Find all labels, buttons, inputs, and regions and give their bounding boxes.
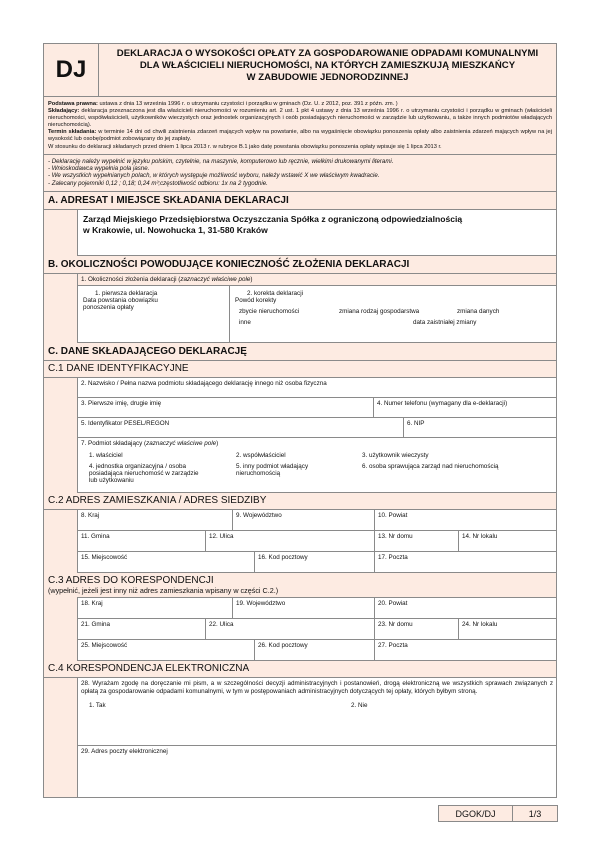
change-date-label: data zaistniałej zmiany bbox=[413, 319, 476, 326]
field-28-consent: 28. Wyrażam zgodę na doręczanie mi pism,… bbox=[77, 678, 556, 746]
section-a-title: A. ADRESAT I MIEJSCE SKŁADANIA DEKLARACJ… bbox=[44, 192, 556, 210]
instructions: - Deklarację należy wypełnić w języku po… bbox=[44, 155, 556, 193]
title-line: DEKLARACJA O WYSOKOŚCI OPŁATY ZA GOSPODA… bbox=[99, 48, 556, 60]
declaration-form: DJ DEKLARACJA O WYSOKOŚCI OPŁATY ZA GOSP… bbox=[43, 43, 557, 798]
field-16-postal-code[interactable]: 16. Kod pocztowy bbox=[254, 552, 374, 573]
instruction-item: - Zalecany pojemniki 0,12 ; 0,18; 0,24 m… bbox=[48, 180, 552, 187]
field-22-street[interactable]: 22. Ulica bbox=[205, 619, 374, 640]
recipient-line: w Krakowie, ul. Nowohucka 1, 31-580 Krak… bbox=[83, 225, 551, 236]
option-label: 1. pierwsza deklaracja bbox=[83, 290, 224, 297]
instruction-item: - We wszystkich wypełnianych polach, w k… bbox=[48, 172, 552, 179]
field-6-nip[interactable]: 6. NIP bbox=[403, 418, 556, 438]
legal-note: W stosunku do deklaracji składanych prze… bbox=[48, 144, 552, 151]
page-number: 1/3 bbox=[513, 806, 557, 821]
instruction-item: - Deklarację należy wypełnić w języku po… bbox=[48, 158, 552, 165]
deadline-text: w terminie 14 dni od chwili zaistnienia … bbox=[48, 129, 552, 142]
field-2-surname[interactable]: 2. Nazwisko / Pełna nazwa podmiotu skład… bbox=[77, 378, 556, 398]
field-10-county[interactable]: 10. Powiat bbox=[374, 510, 556, 531]
field-24-apartment-no[interactable]: 24. Nr lokalu bbox=[458, 619, 556, 640]
section-c4-title: C.4 KORESPONDENCJA ELEKTRONICZNA bbox=[44, 661, 556, 678]
basis-label: Podstawa prawna: bbox=[48, 101, 98, 107]
field-19-voivodeship[interactable]: 19. Województwo bbox=[232, 598, 374, 619]
first-declaration-option[interactable]: 1. pierwsza deklaracja Data powstania ob… bbox=[77, 286, 229, 343]
form-header: DJ DEKLARACJA O WYSOKOŚCI OPŁATY ZA GOSP… bbox=[44, 44, 556, 97]
section-b-title: B. OKOLICZNOŚCI POWODUJĄCE KONIECZNOŚĆ Z… bbox=[44, 256, 556, 274]
deadline-label: Termin składania: bbox=[48, 129, 96, 135]
field-4-phone[interactable]: 4. Numer telefonu (wymagany dla e-deklar… bbox=[373, 398, 556, 418]
consent-yes[interactable]: 1. Tak bbox=[89, 702, 351, 710]
section-c2-title: C.2 ADRES ZAMIESZKANIA / ADRES SIEDZIBY bbox=[44, 493, 556, 510]
consent-no[interactable]: 2. Nie bbox=[351, 702, 367, 710]
reason-label: Powód korekty bbox=[235, 297, 551, 304]
field-20-county[interactable]: 20. Powiat bbox=[374, 598, 556, 619]
field-26-postal-code[interactable]: 26. Kod pocztowy bbox=[254, 640, 374, 661]
field-1-label: 1. Okoliczności złożenia deklaracji (zaz… bbox=[77, 274, 556, 286]
field-17-post-office[interactable]: 17. Poczta bbox=[374, 552, 556, 573]
section-c3-title: C.3 ADRES DO KORESPONDENCJI (wypełnić, j… bbox=[44, 573, 556, 597]
field-23-house-no[interactable]: 23. Nr domu bbox=[374, 619, 458, 640]
filer-owner[interactable]: 1. właściciel bbox=[89, 452, 236, 459]
consent-text: 28. Wyrażam zgodę na doręczanie mi pism,… bbox=[81, 680, 553, 696]
recipient-line: Zarząd Miejskiego Przedsiębiorstwa Oczys… bbox=[83, 214, 551, 225]
field-7-filer-type: 7. Podmiot składający (zaznaczyć właściw… bbox=[77, 438, 556, 493]
field-25-city[interactable]: 25. Miejscowość bbox=[77, 640, 254, 661]
reason-sale[interactable]: zbycie nieruchomości bbox=[239, 308, 339, 315]
filer-label: Składający: bbox=[48, 108, 79, 114]
c3-heading: C.3 ADRES DO KORESPONDENCJI bbox=[48, 575, 214, 586]
form-code-footer: DGOK/DJ bbox=[439, 806, 513, 821]
field-8-country[interactable]: 8. Kraj bbox=[77, 510, 232, 531]
field-21-commune[interactable]: 21. Gmina bbox=[77, 619, 205, 640]
correction-option[interactable]: 2. korekta deklaracji Powód korekty zbyc… bbox=[229, 286, 556, 343]
filer-co-owner[interactable]: 2. współwłaściciel bbox=[236, 452, 362, 459]
reason-household-change[interactable]: zmiana rodzaj gospodarstwa bbox=[339, 308, 457, 315]
instruction-item: - Wnioskodawca wypełnia pola jasne. bbox=[48, 165, 552, 172]
title-line: W ZABUDOWIE JEDNORODZINNEJ bbox=[99, 72, 556, 84]
filer-organization[interactable]: 4. jednostka organizacyjna / osoba posia… bbox=[89, 463, 236, 484]
field-15-city[interactable]: 15. Miejscowość bbox=[77, 552, 254, 573]
reason-other[interactable]: inne bbox=[239, 319, 413, 326]
filer-text: deklaracja przeznaczona jest dla właścic… bbox=[48, 108, 552, 128]
filer-other-entity[interactable]: 5. inny podmiot władający nieruchomością bbox=[236, 463, 362, 484]
filer-manager[interactable]: 6. osoba sprawująca zarząd nad nieruchom… bbox=[362, 463, 529, 484]
field-11-commune[interactable]: 11. Gmina bbox=[77, 531, 205, 552]
field-9-voivodeship[interactable]: 9. Województwo bbox=[232, 510, 374, 531]
basis-text: ustawa z dnia 13 września 1996 r. o utrz… bbox=[98, 101, 398, 107]
section-c1-title: C.1 DANE IDENTYFIKACYJNE bbox=[44, 361, 556, 378]
field-3-first-names[interactable]: 3. Pierwsze imię, drugie imię bbox=[77, 398, 373, 418]
option-label: 2. korekta deklaracji bbox=[235, 290, 551, 297]
option-sublabel: Data powstania obowiązku bbox=[83, 297, 224, 304]
c3-note: (wypełnić, jeżeli jest inny niż adres za… bbox=[48, 587, 552, 595]
section-c-title: C. DANE SKŁADAJĄCEGO DEKLARACJĘ bbox=[44, 343, 556, 361]
title-line: DLA WŁAŚCICIELI NIERUCHOMOŚCI, NA KTÓRYC… bbox=[99, 60, 556, 72]
option-sublabel: ponoszenia opłaty bbox=[83, 304, 224, 311]
page-footer: DGOK/DJ 1/3 bbox=[438, 805, 558, 822]
legal-basis: Podstawa prawna: ustawa z dnia 13 wrześn… bbox=[44, 97, 556, 155]
form-title: DEKLARACJA O WYSOKOŚCI OPŁATY ZA GOSPODA… bbox=[99, 44, 556, 96]
field-14-apartment-no[interactable]: 14. Nr lokalu bbox=[458, 531, 556, 552]
field-12-street[interactable]: 12. Ulica bbox=[205, 531, 374, 552]
field-5-pesel[interactable]: 5. Identyfikator PESEL/REGON bbox=[77, 418, 403, 438]
field-18-country[interactable]: 18. Kraj bbox=[77, 598, 232, 619]
recipient-address: Zarząd Miejskiego Przedsiębiorstwa Oczys… bbox=[77, 210, 556, 256]
field-27-post-office[interactable]: 27. Poczta bbox=[374, 640, 556, 661]
field-29-email[interactable]: 29. Adres poczty elektronicznej bbox=[77, 746, 556, 797]
filer-perpetual-user[interactable]: 3. użytkownik wieczysty bbox=[362, 452, 429, 459]
form-code: DJ bbox=[44, 44, 99, 96]
field-13-house-no[interactable]: 13. Nr domu bbox=[374, 531, 458, 552]
reason-data-change[interactable]: zmiana danych bbox=[457, 308, 499, 315]
